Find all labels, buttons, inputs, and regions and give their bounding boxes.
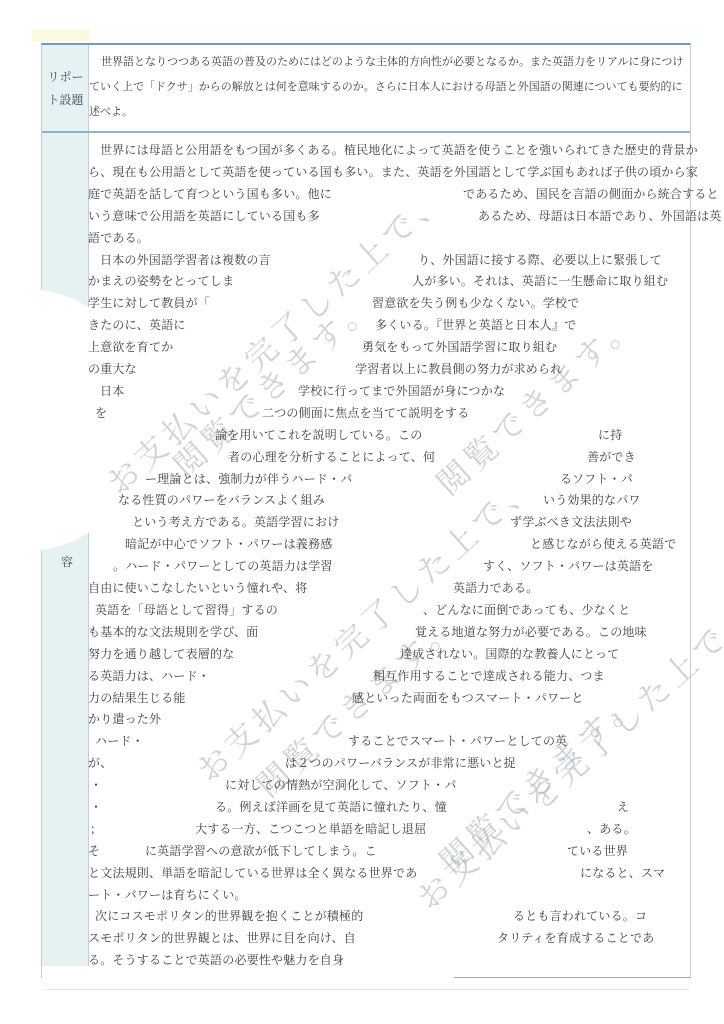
topic-label-cell: リポー ト設題	[42, 45, 89, 131]
report-content-row: 容	[42, 133, 690, 977]
white-blob-clip	[36, 135, 90, 971]
report-topic-row: リポー ト設題 世界語となりつつある英語の普及のためにはどのような主体的方向性が…	[42, 45, 690, 133]
topic-text-line-2: ていく上で「ドクサ」からの解放とは何を意味するのか。さらに日本人における母語と外…	[89, 80, 683, 94]
report-table: リポー ト設題 世界語となりつつある英語の普及のためにはどのような主体的方向性が…	[41, 43, 691, 978]
white-blob	[36, 288, 90, 552]
topic-label-line-1: リポー	[42, 66, 89, 89]
topic-label: リポー ト設題	[42, 66, 89, 112]
report-preview-page: リポー ト設題 世界語となりつつある英語の普及のためにはどのような主体的方向性が…	[0, 0, 724, 1024]
table-bottom-shadow	[44, 989, 689, 990]
topic-text-line-1: 世界語となりつつある英語の普及のためにはどのような主体的方向性が必要となるか。ま…	[101, 55, 683, 69]
white-blob-bottom	[42, 966, 454, 982]
topic-label-line-2: ト設題	[42, 89, 89, 112]
topic-text-line-3: 述べよ。	[89, 105, 133, 119]
page-corner-highlight	[32, 29, 90, 41]
